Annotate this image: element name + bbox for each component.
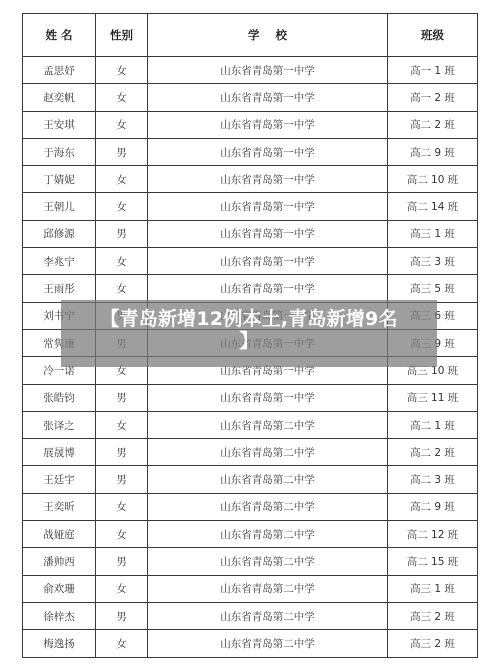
student-name-cell: 潘帅西 [23,548,96,575]
table-row: 王安琪女山东省青岛第一中学高二 2 班 [23,111,478,138]
table-row: 李兆宁女山东省青岛第一中学高三 3 班 [23,248,478,275]
student-sex-cell: 男 [96,466,148,493]
student-name-cell: 丁婧妮 [23,166,96,193]
student-school-cell: 山东省青岛第一中学 [148,275,388,302]
student-school-cell: 山东省青岛第二中学 [148,575,388,602]
student-sex-cell: 男 [96,602,148,629]
student-class-cell: 高一 1 班 [388,57,478,84]
student-sex-cell: 女 [96,57,148,84]
student-school-cell: 山东省青岛第一中学 [148,166,388,193]
student-name-cell: 徐梓杰 [23,602,96,629]
table-row: 战娅庭女山东省青岛第二中学高二 12 班 [23,521,478,548]
student-school-cell: 山东省青岛第二中学 [148,521,388,548]
student-class-cell: 高一 2 班 [388,84,478,111]
student-name-cell: 王奕昕 [23,493,96,520]
header-class: 班级 [388,14,478,57]
table-row: 赵奕帆女山东省青岛第一中学高一 2 班 [23,84,478,111]
student-school-cell: 山东省青岛第二中学 [148,411,388,438]
student-class-cell: 高二 10 班 [388,166,478,193]
student-name-cell: 俞欢珊 [23,575,96,602]
student-sex-cell: 女 [96,575,148,602]
student-class-cell: 高三 3 班 [388,248,478,275]
student-class-cell: 高三 1 班 [388,575,478,602]
student-school-cell: 山东省青岛第一中学 [148,138,388,165]
student-name-cell: 邱修源 [23,220,96,247]
headline-line-2: 】 [61,330,437,352]
student-class-cell: 高二 15 班 [388,548,478,575]
student-sex-cell: 男 [96,548,148,575]
table-row: 丁婧妮女山东省青岛第一中学高二 10 班 [23,166,478,193]
student-name-cell: 孟思妤 [23,57,96,84]
student-school-cell: 山东省青岛第一中学 [148,57,388,84]
student-sex-cell: 女 [96,630,148,657]
table-row: 梅逸扬女山东省青岛第二中学高三 2 班 [23,630,478,657]
student-class-cell: 高二 12 班 [388,521,478,548]
student-name-cell: 张皓钧 [23,384,96,411]
student-name-cell: 战娅庭 [23,521,96,548]
header-school: 学 校 [148,14,388,57]
student-school-cell: 山东省青岛第一中学 [148,248,388,275]
student-class-cell: 高三 11 班 [388,384,478,411]
student-name-cell: 王廷宇 [23,466,96,493]
student-sex-cell: 男 [96,220,148,247]
table-row: 徐梓杰男山东省青岛第二中学高三 2 班 [23,602,478,629]
student-sex-cell: 女 [96,111,148,138]
student-name-cell: 梅逸扬 [23,630,96,657]
student-class-cell: 高三 5 班 [388,275,478,302]
student-name-cell: 张译之 [23,411,96,438]
student-name-cell: 王朝儿 [23,193,96,220]
document-page: 姓 名 性别 学 校 班级 孟思妤女山东省青岛第一中学高一 1 班赵奕帆女山东省… [0,0,500,667]
student-name-cell: 赵奕帆 [23,84,96,111]
header-sex: 性别 [96,14,148,57]
student-class-cell: 高三 1 班 [388,220,478,247]
student-school-cell: 山东省青岛第二中学 [148,602,388,629]
student-sex-cell: 女 [96,166,148,193]
table-row: 张译之女山东省青岛第二中学高二 1 班 [23,411,478,438]
student-class-cell: 高二 2 班 [388,111,478,138]
table-row: 潘帅西男山东省青岛第二中学高二 15 班 [23,548,478,575]
student-sex-cell: 男 [96,439,148,466]
table-row: 王廷宇男山东省青岛第二中学高二 3 班 [23,466,478,493]
table-row: 于海东男山东省青岛第一中学高二 9 班 [23,138,478,165]
student-sex-cell: 女 [96,248,148,275]
student-class-cell: 高二 2 班 [388,439,478,466]
student-school-cell: 山东省青岛第二中学 [148,439,388,466]
student-class-cell: 高二 9 班 [388,493,478,520]
student-sex-cell: 女 [96,521,148,548]
table-row: 王奕昕女山东省青岛第二中学高二 9 班 [23,493,478,520]
student-class-cell: 高二 1 班 [388,411,478,438]
student-class-cell: 高二 9 班 [388,138,478,165]
student-school-cell: 山东省青岛第一中学 [148,220,388,247]
table-row: 展晟博男山东省青岛第二中学高二 2 班 [23,439,478,466]
headline-line-1: 【青岛新增12例本土,青岛新增9名 [61,308,437,330]
student-school-cell: 山东省青岛第一中学 [148,384,388,411]
student-sex-cell: 女 [96,493,148,520]
student-name-cell: 王雨彤 [23,275,96,302]
student-school-cell: 山东省青岛第二中学 [148,548,388,575]
student-school-cell: 山东省青岛第一中学 [148,111,388,138]
student-school-cell: 山东省青岛第一中学 [148,193,388,220]
student-sex-cell: 女 [96,275,148,302]
student-school-cell: 山东省青岛第二中学 [148,466,388,493]
student-class-cell: 高三 2 班 [388,630,478,657]
student-name-cell: 于海东 [23,138,96,165]
student-class-cell: 高三 2 班 [388,602,478,629]
table-row: 孟思妤女山东省青岛第一中学高一 1 班 [23,57,478,84]
table-row: 王雨彤女山东省青岛第一中学高三 5 班 [23,275,478,302]
student-school-cell: 山东省青岛第二中学 [148,630,388,657]
student-class-cell: 高二 14 班 [388,193,478,220]
headline-overlay-banner: 【青岛新增12例本土,青岛新增9名 】 [61,300,437,367]
student-school-cell: 山东省青岛第二中学 [148,493,388,520]
table-row: 张皓钧男山东省青岛第一中学高三 11 班 [23,384,478,411]
student-name-cell: 李兆宁 [23,248,96,275]
student-sex-cell: 女 [96,84,148,111]
table-row: 邱修源男山东省青岛第一中学高三 1 班 [23,220,478,247]
student-name-cell: 展晟博 [23,439,96,466]
student-sex-cell: 男 [96,138,148,165]
student-sex-cell: 男 [96,384,148,411]
table-row: 王朝儿女山东省青岛第一中学高二 14 班 [23,193,478,220]
student-school-cell: 山东省青岛第一中学 [148,84,388,111]
student-name-cell: 王安琪 [23,111,96,138]
student-class-cell: 高二 3 班 [388,466,478,493]
student-sex-cell: 女 [96,411,148,438]
header-name: 姓 名 [23,14,96,57]
student-sex-cell: 女 [96,193,148,220]
table-header-row: 姓 名 性别 学 校 班级 [23,14,478,57]
table-row: 俞欢珊女山东省青岛第二中学高三 1 班 [23,575,478,602]
